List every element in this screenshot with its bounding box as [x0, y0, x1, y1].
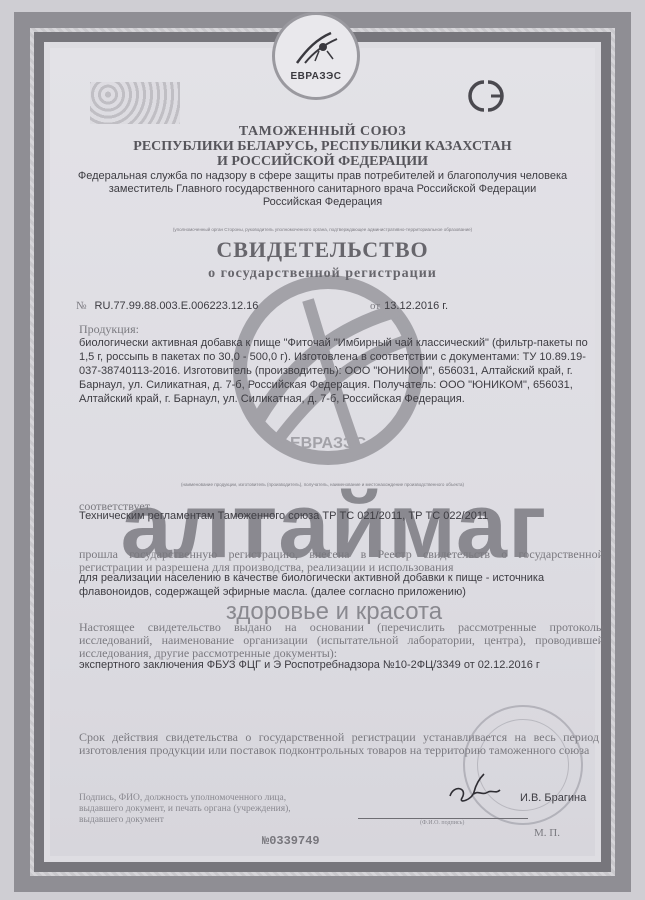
date-label: от: [370, 300, 380, 312]
signature-caption: Подпись, ФИО, должность уполномоченного …: [79, 793, 294, 826]
certificate-page: ЕВРАЗЭС ЕВРАЗЭС ТАМОЖЕННЫЙ СОЮЗ РЕСПУБЛИ…: [0, 0, 645, 900]
signature-line: [358, 818, 528, 819]
agency-line-2: заместитель Главного государственного са…: [60, 183, 585, 196]
header-line-3: И РОССИЙСКОЙ ФЕДЕРАЦИИ: [60, 154, 585, 170]
basis-text: Настоящее свидетельство выдано на основа…: [79, 621, 604, 660]
date-value: 13.12.2016 г.: [384, 300, 448, 312]
conformity-text: Техническим регламентам Таможенного союз…: [79, 509, 604, 523]
number-value: RU.77.99.88.003.Е.006223.12.16: [95, 300, 259, 312]
validity-text: Срок действия свидетельства о государств…: [79, 731, 599, 757]
header-line-2: РЕСПУБЛИКИ БЕЛАРУСЬ, РЕСПУБЛИКИ КАЗАХСТА…: [60, 139, 585, 155]
registration-number: №RU.77.99.88.003.Е.006223.12.16: [76, 300, 258, 312]
basis-value: экспертного заключения ФБУЗ ФЦГ и Э Росп…: [79, 658, 604, 672]
signatory-name: И.В. Брагина: [520, 792, 586, 804]
registration-date: от13.12.2016 г.: [370, 300, 448, 312]
hologram-pattern: [90, 82, 180, 124]
usage-text: для реализации населению в качестве биол…: [79, 571, 604, 599]
basis-section: Настоящее свидетельство выдано на основа…: [79, 621, 604, 672]
seal-placement-label: М. П.: [534, 827, 560, 839]
product-text: биологически активная добавка к пище "Фи…: [79, 336, 604, 406]
validity-section: Срок действия свидетельства о государств…: [79, 731, 599, 757]
form-serial-number: №0339749: [262, 834, 320, 848]
eac-conformity-mark-icon: [458, 76, 518, 116]
signature-name-caption: (Ф.И.О. подпись): [420, 820, 464, 826]
issuing-agency: Федеральная служба по надзору в сфере за…: [60, 170, 585, 209]
eurasec-emblem: ЕВРАЗЭС: [272, 12, 360, 100]
eurasec-emblem-icon: [293, 29, 343, 67]
signature-icon: [444, 770, 504, 810]
document-subtitle: о государственной регистрации: [60, 266, 585, 282]
agency-line-1: Федеральная служба по надзору в сфере за…: [60, 170, 585, 183]
document-title: СВИДЕТЕЛЬСТВО: [60, 237, 585, 263]
emblem-label: ЕВРАЗЭС: [275, 71, 357, 82]
product-label: Продукция:: [79, 323, 604, 336]
product-section: Продукция: биологически активная добавка…: [79, 323, 604, 406]
passed-section: прошла государственную регистрацию, внес…: [79, 548, 604, 599]
agency-caption: (уполномоченный орган Стороны, руководит…: [60, 227, 585, 233]
agency-line-3: Российская Федерация: [60, 196, 585, 209]
conformity-section: соответствует Техническим регламентам Та…: [79, 500, 604, 523]
header-line-1: ТАМОЖЕННЫЙ СОЮЗ: [60, 124, 585, 140]
svg-text:ЕВРАЗЭС: ЕВРАЗЭС: [290, 435, 366, 452]
number-label: №: [76, 300, 87, 312]
